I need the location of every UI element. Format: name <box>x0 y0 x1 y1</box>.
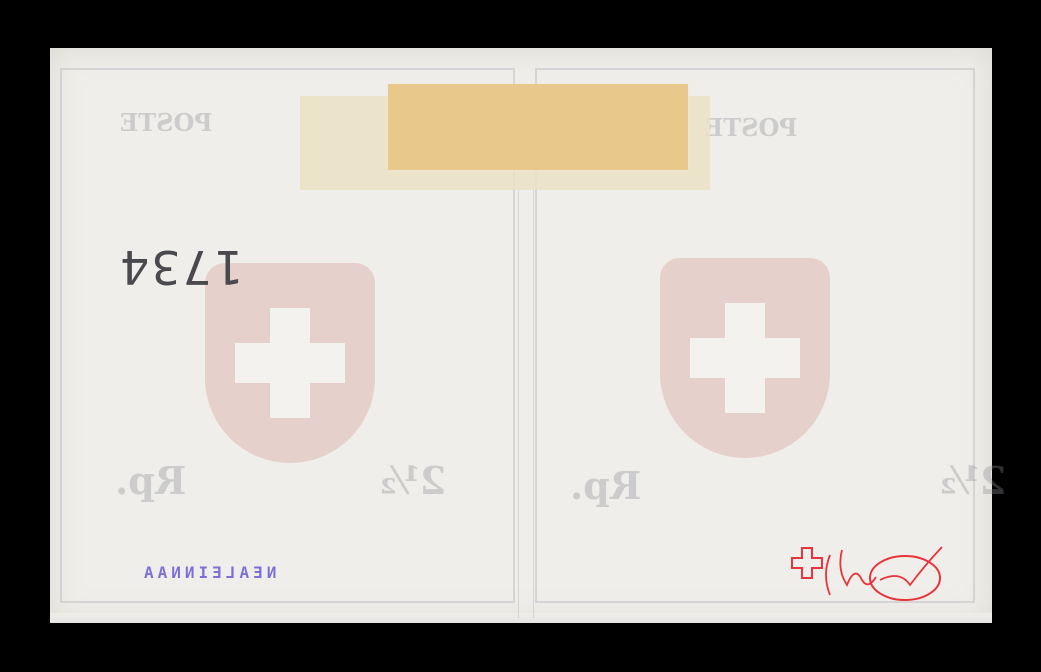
purple-handstamp: NEALEINNAA <box>140 563 276 582</box>
showthrough-value-left: 2½ <box>380 458 446 503</box>
showthrough-denomination-left: Rp. <box>115 458 186 503</box>
showthrough-top-text-left: POSTE <box>120 108 212 137</box>
gutter-line <box>518 188 534 618</box>
pencil-catalogue-number: 1734 <box>118 240 243 294</box>
showthrough-denomination-right: Rp. <box>570 463 641 508</box>
red-expert-mark-icon <box>780 540 950 605</box>
showthrough-top-text-right: POSTE <box>705 113 797 142</box>
showthrough-value-right: 2½ <box>940 458 1006 503</box>
right-shield-showthrough <box>660 258 830 458</box>
stamp-hinge <box>388 84 688 170</box>
